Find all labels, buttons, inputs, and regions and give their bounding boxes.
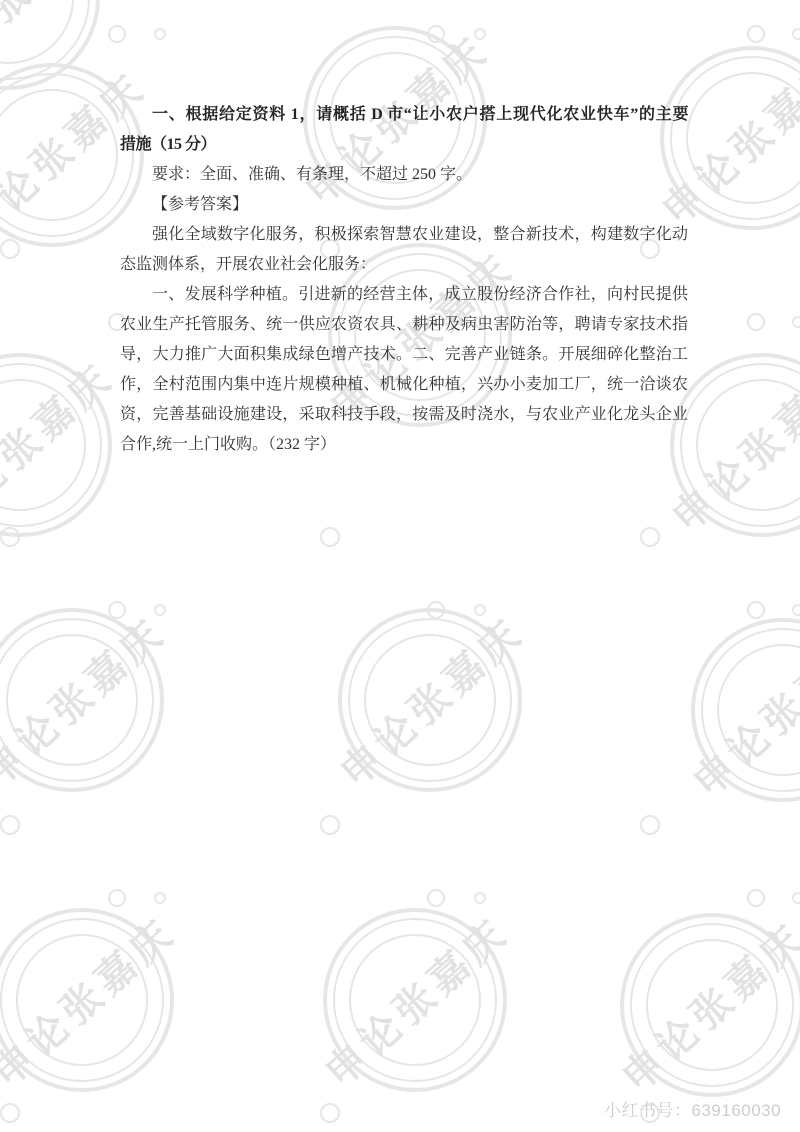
watermark-circle (154, 28, 166, 40)
watermark-circle (640, 815, 660, 835)
watermark-circle (154, 892, 166, 904)
watermark-circle (747, 889, 765, 907)
watermark-circle (792, 28, 800, 40)
text-line-question-title: 一、根据给定资料 1，请概括 D 市“让小农户搭上现代化农业快车”的主要 (120, 100, 688, 130)
text-line-answer-body: 合作,统一上门收购。（232 字） (120, 430, 688, 460)
watermark-stamp: 申论张嘉庆 (0, 353, 112, 537)
watermark-circle (427, 601, 445, 619)
watermark-circle (320, 1103, 340, 1123)
text-line-answer-summary: 强化全域数字化服务，积极探索智慧农业建设，整合新技术，构建数字化动 (120, 220, 688, 250)
watermark-circle (792, 316, 800, 328)
watermark-circle (640, 527, 660, 547)
text-line-question-requirement: 要求：全面、准确、有条理，不超过 250 字。 (120, 160, 688, 190)
watermark-stamp: 申论张嘉庆 (0, 908, 174, 1092)
watermark-circle (320, 527, 340, 547)
text-line-answer-heading: 【参考答案】 (120, 190, 688, 220)
document-page: 申论张嘉庆 申论张嘉庆 申论张嘉庆 申论张嘉庆 申论张嘉庆 申论张嘉庆 申论张嘉… (0, 0, 800, 1132)
watermark-circle (427, 889, 445, 907)
watermark-circle (108, 25, 126, 43)
watermark-circle (154, 604, 166, 616)
text-line-answer-body: 农业生产托管服务、统一供应农资农具、耕种及病虫害防治等，聘请专家技术指 (120, 310, 688, 340)
watermark-stamp: 申论张嘉庆 (323, 908, 507, 1092)
watermark-circle (792, 892, 800, 904)
watermark-circle (0, 239, 20, 259)
watermark-circle (108, 889, 126, 907)
watermark-circle (474, 28, 486, 40)
watermark-circle (747, 601, 765, 619)
text-line-answer-body: 资，完善基础设施建设，采取科技手段，按需及时浇水，与农业产业化龙头企业 (120, 400, 688, 430)
watermark-circle (0, 1103, 20, 1123)
watermark-circle (427, 25, 445, 43)
watermark-stamp: 申论张嘉庆 (338, 608, 522, 792)
text-line-question-title: 措施（15 分） (120, 130, 688, 160)
text-line-answer-body: 一、发展科学种植。引进新的经营主体，成立股份经济合作社，向村民提供 (120, 280, 688, 310)
text-line-answer-body: 作，全村范围内集中连片规模种植、机械化种植，兴办小麦加工厂，统一洽谈农 (120, 370, 688, 400)
text-line-answer-summary: 态监测体系，开展农业社会化服务： (120, 250, 688, 280)
watermark-circle (108, 601, 126, 619)
watermark-stamp: 申论张嘉庆 (0, 608, 164, 792)
watermark-circle (747, 313, 765, 331)
watermark-stamp: 申论张嘉庆 (670, 353, 800, 537)
text-line-answer-body: 导，大力推广大面积集成绿色增产技术。二、完善产业链条。开展细碎化整治工 (120, 340, 688, 370)
watermark-circle (747, 25, 765, 43)
xiaohongshu-account: 小红书号：639160030 (604, 1096, 781, 1121)
watermark-stamp: 申论张嘉庆 (620, 913, 800, 1097)
watermark-circle (320, 815, 340, 835)
watermark-circle (474, 604, 486, 616)
watermark-circle (792, 604, 800, 616)
watermark-stamp: 申论张嘉庆 (691, 618, 800, 802)
watermark-circle (0, 815, 20, 835)
watermark-circle (474, 892, 486, 904)
watermark-circle (0, 527, 20, 547)
answer-text-block: 一、根据给定资料 1，请概括 D 市“让小农户搭上现代化农业快车”的主要措施（1… (120, 100, 688, 460)
